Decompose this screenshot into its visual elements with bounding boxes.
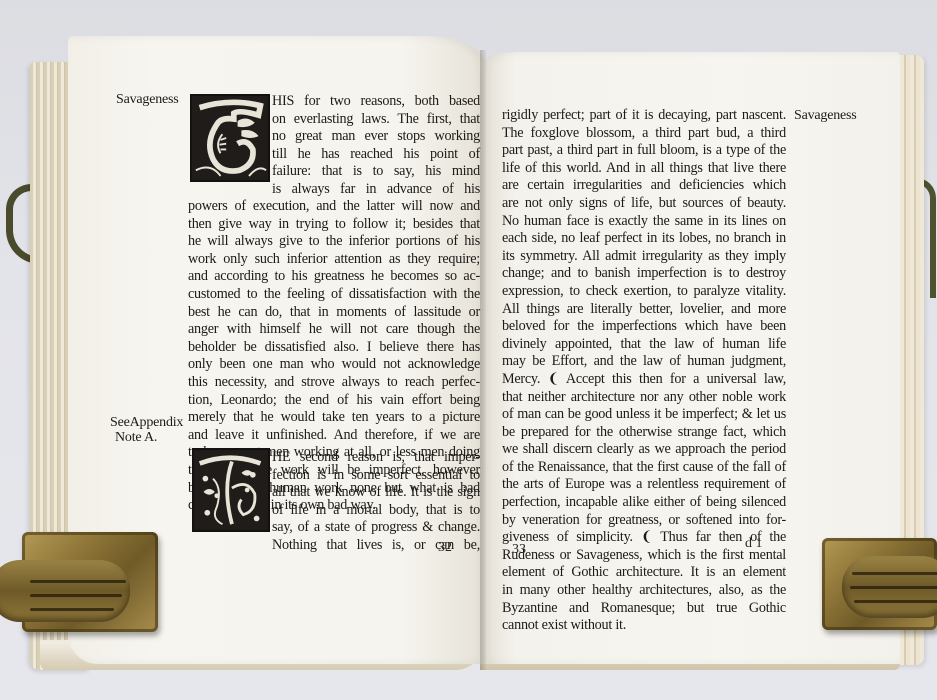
- text-line: are certain irregularities and deficienc…: [502, 177, 786, 195]
- finger-groove: [852, 572, 937, 575]
- text-line: only been one man who would not acknowle…: [188, 356, 480, 374]
- text-line: best he can do, that in moments of lassi…: [188, 304, 480, 322]
- text-line: part past, a third part in full bloom, i…: [502, 142, 786, 160]
- paragraph-1-intro: HIS for two reasons, both based on everl…: [272, 93, 480, 199]
- ornamental-initial-icon: [194, 450, 268, 530]
- text-line: failure: that is to say, his mind: [272, 163, 480, 181]
- text-line: beholder be dissatisfied also. I believe…: [188, 339, 480, 357]
- page-number-right: 33: [512, 542, 526, 558]
- finger-groove: [30, 608, 114, 611]
- finger-groove: [30, 594, 122, 597]
- finger-groove: [30, 580, 126, 583]
- text-line: that neither architecture nor any other …: [502, 389, 786, 407]
- text-line: then give way in trying to follow it; be…: [188, 216, 480, 234]
- text-line: fection is in some sort essential to: [272, 467, 480, 485]
- text-line: in many other healthy architectures, als…: [502, 582, 786, 600]
- text-line: merely that he would take ten years to a…: [188, 409, 480, 427]
- text-line: powers of execution, and the latter will…: [188, 198, 480, 216]
- text-line: No human face is exactly the same in its…: [502, 213, 786, 231]
- text-line: work only such inferior attention as the…: [188, 251, 480, 269]
- drop-cap-t-foliage: [190, 94, 270, 182]
- text-line: each side, no leaf perfect in its lobes,…: [502, 230, 786, 248]
- text-line: say, of a state of progress & change.: [272, 519, 480, 537]
- text-line: all that we know of life. It is the sign: [272, 484, 480, 502]
- text-line: no great man ever stops working: [272, 128, 480, 146]
- text-line: of life in a mortal body, that is to: [272, 502, 480, 520]
- text-line: perfection, incapable alike either of be…: [502, 494, 786, 512]
- text-line: All things are literally better, lovelie…: [502, 301, 786, 319]
- text-line: customed to the feeling of dissatisfacti…: [188, 286, 480, 304]
- text-line: is always far in advance of his: [272, 181, 480, 199]
- paragraph-2: HE second reason is, that imper- fection…: [272, 449, 480, 555]
- text-line: the arts of Europe was a relentless requ…: [502, 476, 786, 494]
- signature-mark: d 1: [745, 536, 763, 552]
- text-line: and leave it unfinished. And therefore, …: [188, 427, 480, 445]
- drop-cap-t-vines: [192, 448, 270, 532]
- finger-groove: [850, 586, 937, 589]
- text-line: on everlasting laws. The first, that: [272, 111, 480, 129]
- book-photo: Savageness HIS for two reasons, both bas…: [0, 0, 937, 700]
- text-line: divinely appointed, that the law of huma…: [502, 336, 786, 354]
- text-line: expression, to check exertion, to paraly…: [502, 283, 786, 301]
- ornamental-initial-icon: [192, 96, 268, 180]
- brass-hand-weight-right: [822, 538, 937, 638]
- brass-hand-weight-left: [0, 530, 160, 635]
- text-line: and according to his greatness he become…: [188, 268, 480, 286]
- text-line: beloved for the imperfections which have…: [502, 318, 786, 336]
- left-running-head: Savageness: [116, 92, 179, 107]
- text-line: giveness of simplicity. ❨ Thus far then …: [502, 529, 786, 547]
- text-line: by veneration for greatness, or softened…: [502, 512, 786, 530]
- text-line: tion, Leonardo; the end of his vain effo…: [188, 392, 480, 410]
- appendix-side-note: SeeAppendix Note A.: [110, 415, 183, 445]
- text-line: HIS for two reasons, both based: [272, 93, 480, 111]
- text-line: The foxglove blossom, a third part bud, …: [502, 125, 786, 143]
- brass-fingers: [0, 560, 130, 622]
- text-line: its symmetry. All admit irregularity as …: [502, 248, 786, 266]
- text-line: of man can be good unless it be imperfec…: [502, 406, 786, 424]
- text-line: Byzantine and Romanesque; but true Gothi…: [502, 600, 786, 618]
- page-number-left: 32: [438, 540, 452, 556]
- right-page-text: rigidly perfect; part of it is decaying,…: [502, 107, 786, 635]
- right-running-head: Savageness: [794, 108, 857, 123]
- text-line: cannot exist without it.: [502, 617, 786, 635]
- text-line: HE second reason is, that imper-: [272, 449, 480, 467]
- text-line: element of Gothic architecture. It is an…: [502, 564, 786, 582]
- side-note-line: Note A.: [110, 430, 183, 445]
- text-line: till he has reached his point of: [272, 146, 480, 164]
- text-line: rigidly perfect; part of it is decaying,…: [502, 107, 786, 125]
- text-line: this necessity, and strove always to rea…: [188, 374, 480, 392]
- text-line: are not only signs of life, but sources …: [502, 195, 786, 213]
- text-line: Mercy. ❨ Accept this then for a universa…: [502, 371, 786, 389]
- book-gutter: [480, 50, 486, 670]
- text-line: change; and to banish imperfection is to…: [502, 265, 786, 283]
- text-line: we shall discern clearly as we approach …: [502, 441, 786, 459]
- text-line: he will always give to the inferior port…: [188, 233, 480, 251]
- finger-groove: [854, 600, 937, 603]
- text-line: anger with himself he will not care thou…: [188, 321, 480, 339]
- text-line: life of this world. And in all things th…: [502, 160, 786, 178]
- text-line: Rudeness or Savageness, which is the fir…: [502, 547, 786, 565]
- text-line: of the Renaissance, that the first cause…: [502, 459, 786, 477]
- side-note-line: SeeAppendix: [110, 415, 183, 430]
- text-line: be prepared for the otherwise strange fa…: [502, 424, 786, 442]
- text-line: may be Effort, and the law of human judg…: [502, 353, 786, 371]
